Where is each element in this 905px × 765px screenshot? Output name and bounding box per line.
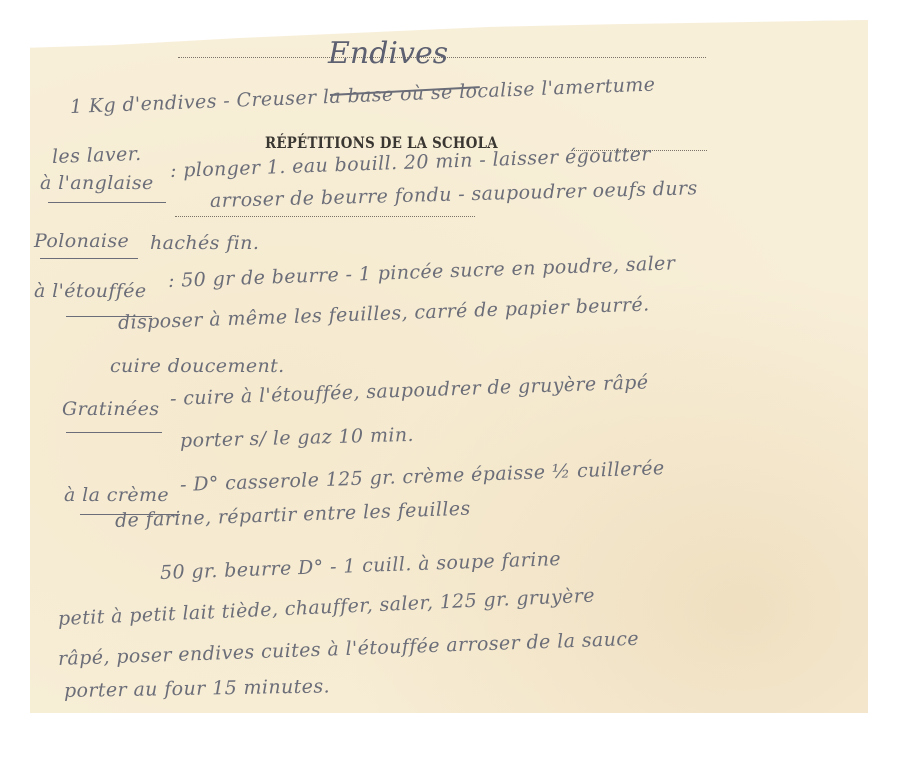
handwritten-line-16: porter au four 15 minutes. <box>64 675 330 702</box>
label-underline-anglaise <box>48 202 166 203</box>
printed-dotted-line-lower <box>175 216 475 217</box>
handwritten-line-2: les laver. <box>52 143 142 168</box>
recipe-title: Endives <box>328 36 448 71</box>
handwritten-line-11-label: à la crème <box>64 484 169 506</box>
handwritten-line-8: cuire doucement. <box>110 355 285 377</box>
label-underline-polonaise <box>40 258 138 259</box>
handwritten-line-5-label: Polonaise <box>34 230 129 252</box>
handwritten-line-3-label: à l'anglaise <box>40 172 154 194</box>
handwritten-line-9-label: Gratinées <box>62 398 159 420</box>
handwritten-line-6-label: à l'étouffée <box>34 280 147 302</box>
label-underline-gratinees <box>66 432 162 433</box>
handwritten-line-5: hachés fin. <box>150 232 259 254</box>
